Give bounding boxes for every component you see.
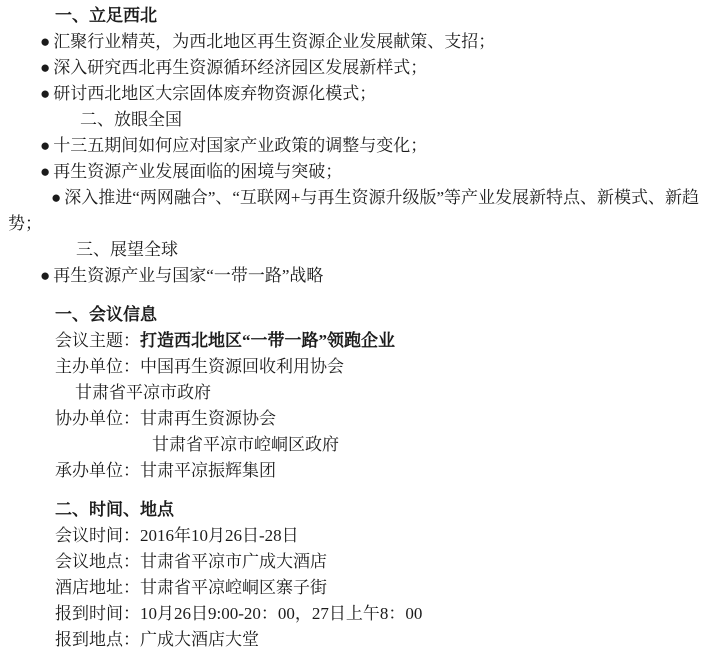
host-value-2: 甘肃省平凉市政府 [75,380,720,406]
schedule-row-checkin-place: 报到地点：广成大酒店大堂 [55,627,720,653]
info-label: 承办单位： [55,461,140,480]
bullet-icon: ● [40,266,50,285]
agenda-item: ●研讨西北地区大宗固体废弃物资源化模式； [40,81,720,107]
meeting-info-heading: 一、会议信息 [55,302,720,328]
agenda-item: ●再生资源产业与国家“一带一路”战略 [40,263,720,289]
bullet-icon: ● [40,58,50,77]
info-label: 主办单位： [55,357,140,376]
info-label: 会议地点： [55,552,140,571]
agenda-item-text: 研讨西北地区大宗固体废弃物资源化模式； [53,84,376,103]
agenda-heading-national: 二、放眼全国 [80,107,720,133]
info-row-co-organizer: 协办单位：甘肃再生资源协会 [55,406,720,432]
bullet-icon: ● [51,188,61,207]
info-label: 酒店地址： [55,578,140,597]
schedule-row-hotel-address: 酒店地址：甘肃省平凉崆峒区寨子街 [55,575,720,601]
meeting-place-value: 甘肃省平凉市广成大酒店 [140,552,327,571]
schedule-row-checkin-time: 报到时间：10月26日9:00-20：00，27日上午8：00 [55,601,720,627]
info-label: 会议时间： [55,526,140,545]
co-organizer-value: 甘肃再生资源协会 [140,409,276,428]
co-organizer-value-2: 甘肃省平凉市崆峒区政府 [152,432,720,458]
bullet-icon: ● [40,136,50,155]
checkin-place-value: 广成大酒店大堂 [140,630,259,649]
agenda-item-text: 深入推进“两网融合”、“互联网+与再生资源升级版”等产业发展新特点、新模式、新趋… [8,188,699,233]
agenda-item-text: 再生资源产业发展面临的困境与突破； [53,162,342,181]
info-row-theme: 会议主题：打造西北地区“一带一路”领跑企业 [55,328,720,354]
agenda-item-text: 再生资源产业与国家“一带一路”战略 [53,266,323,285]
agenda-item-text: 十三五期间如何应对国家产业政策的调整与变化； [53,136,427,155]
schedule-row-meeting-time: 会议时间：2016年10月26日-28日 [55,523,720,549]
agenda-item-text: 深入研究西北再生资源循环经济园区发展新样式； [53,58,427,77]
info-row-undertaker: 承办单位：甘肃平凉振辉集团 [55,458,720,484]
undertaker-value: 甘肃平凉振辉集团 [140,461,276,480]
agenda-heading-northwest: 一、立足西北 [55,3,720,29]
host-value: 中国再生资源回收利用协会 [140,357,344,376]
info-label: 会议主题： [55,331,140,350]
info-label: 报到时间： [55,604,140,623]
document-page: 一、立足西北 ●汇聚行业精英，为西北地区再生资源企业发展献策、支招； ●深入研究… [0,0,720,655]
bullet-icon: ● [40,32,50,51]
info-label: 协办单位： [55,409,140,428]
agenda-item: ●深入研究西北再生资源循环经济园区发展新样式； [40,55,720,81]
agenda-item: ●再生资源产业发展面临的困境与突破； [40,159,720,185]
agenda-item: ●汇聚行业精英，为西北地区再生资源企业发展献策、支招； [40,29,720,55]
agenda-item: ●十三五期间如何应对国家产业政策的调整与变化； [40,133,720,159]
info-label: 报到地点： [55,630,140,649]
agenda-heading-global: 三、展望全球 [76,237,720,263]
meeting-theme-value: 打造西北地区“一带一路”领跑企业 [140,331,395,350]
agenda-item: ●深入推进“两网融合”、“互联网+与再生资源升级版”等产业发展新特点、新模式、新… [8,185,720,237]
bullet-icon: ● [40,162,50,181]
schedule-heading: 二、时间、地点 [55,497,720,523]
agenda-item-text: 汇聚行业精英，为西北地区再生资源企业发展献策、支招； [53,32,495,51]
meeting-time-value: 2016年10月26日-28日 [140,526,299,545]
schedule-row-meeting-place: 会议地点：甘肃省平凉市广成大酒店 [55,549,720,575]
bullet-icon: ● [40,84,50,103]
hotel-address-value: 甘肃省平凉崆峒区寨子街 [140,578,327,597]
checkin-time-value: 10月26日9:00-20：00，27日上午8：00 [140,604,422,623]
info-row-host: 主办单位：中国再生资源回收利用协会 [55,354,720,380]
